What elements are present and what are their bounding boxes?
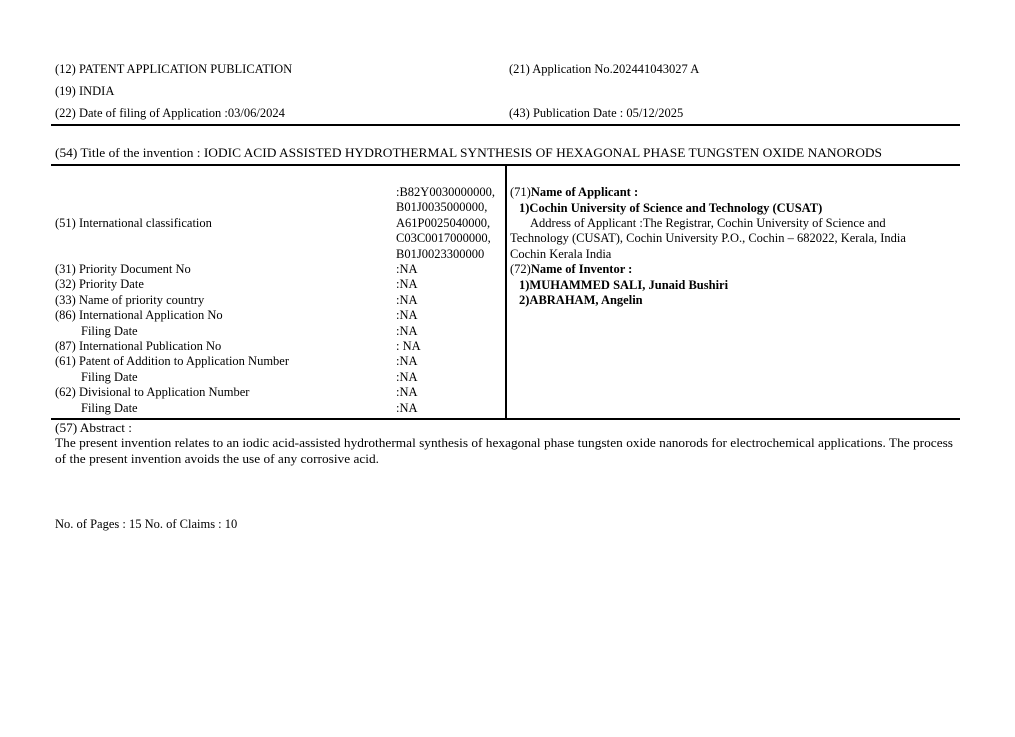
classification-code: :B82Y0030000000,	[396, 185, 495, 200]
field-label: (32) Priority Date	[55, 277, 144, 292]
applicant-address-line-3: Cochin Kerala India	[510, 247, 611, 262]
field-label: Filing Date	[81, 324, 138, 339]
column-divider	[505, 165, 507, 419]
abstract-line-2: of the present invention avoids the use …	[55, 452, 379, 467]
field-value: :NA	[396, 385, 418, 400]
classification-code: C03C0017000000,	[396, 231, 491, 246]
field-label: (33) Name of priority country	[55, 293, 204, 308]
inventor-heading-number: (72)	[510, 262, 531, 276]
field-value: :NA	[396, 324, 418, 339]
applicant-address-line-2: Technology (CUSAT), Cochin University P.…	[510, 231, 906, 246]
invention-title: (54) Title of the invention : IODIC ACID…	[55, 146, 882, 161]
pages-claims-count: No. of Pages : 15 No. of Claims : 10	[55, 517, 237, 532]
field-label: (61) Patent of Addition to Application N…	[55, 354, 289, 369]
applicant-name: 1)Cochin University of Science and Techn…	[519, 201, 822, 216]
application-number: (21) Application No.202441043027 A	[509, 62, 699, 77]
applicant-heading: (71)Name of Applicant :	[510, 185, 638, 200]
inventor-name-2: 2)ABRAHAM, Angelin	[519, 293, 643, 308]
field-label: (86) International Application No	[55, 308, 223, 323]
field-value: : NA	[396, 339, 421, 354]
inventor-heading-label: Name of Inventor :	[531, 262, 633, 276]
field-label: (62) Divisional to Application Number	[55, 385, 249, 400]
inventor-name-1: 1)MUHAMMED SALI, Junaid Bushiri	[519, 278, 728, 293]
applicant-heading-label: Name of Applicant :	[531, 185, 638, 199]
abstract-line-1: The present invention relates to an iodi…	[55, 436, 953, 451]
abstract-label: (57) Abstract :	[55, 421, 132, 436]
field-label: (31) Priority Document No	[55, 262, 191, 277]
field-value: :NA	[396, 293, 418, 308]
field-value: :NA	[396, 354, 418, 369]
inventor-heading: (72)Name of Inventor :	[510, 262, 632, 277]
field-value: :NA	[396, 262, 418, 277]
field-label: Filing Date	[81, 401, 138, 416]
classification-code: B01J0023300000	[396, 247, 484, 262]
classification-label: (51) International classification	[55, 216, 212, 231]
filing-date: (22) Date of filing of Application :03/0…	[55, 106, 285, 121]
applicant-address-line-1: Address of Applicant :The Registrar, Coc…	[530, 216, 886, 231]
country: (19) INDIA	[55, 84, 114, 99]
field-value: :NA	[396, 277, 418, 292]
classification-code: A61P0025040000,	[396, 216, 490, 231]
field-value: :NA	[396, 370, 418, 385]
field-label: (87) International Publication No	[55, 339, 221, 354]
field-value: :NA	[396, 308, 418, 323]
field-label: Filing Date	[81, 370, 138, 385]
publication-date: (43) Publication Date : 05/12/2025	[509, 106, 683, 121]
field-value: :NA	[396, 401, 418, 416]
applicant-heading-number: (71)	[510, 185, 531, 199]
publication-type: (12) PATENT APPLICATION PUBLICATION	[55, 62, 292, 77]
table-bottom-divider	[51, 418, 960, 420]
header-divider	[51, 124, 960, 126]
classification-code: B01J0035000000,	[396, 200, 487, 215]
